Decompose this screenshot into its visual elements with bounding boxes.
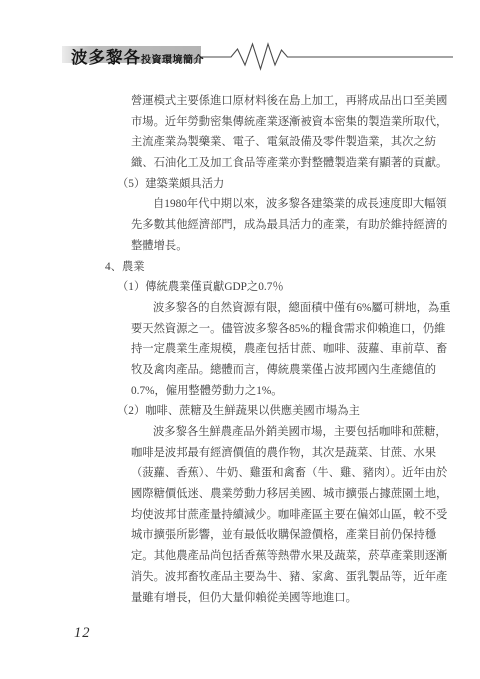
text-line: 市場。近年勞動密集傳統產業逐漸被資本密集的製造業所取代， xyxy=(0,112,480,133)
text-line: 持一定農業生產規模，農產包括甘蔗、咖啡、菠蘿、車前草、畜 xyxy=(0,339,480,360)
booklet-subtitle: 投資環境簡介 xyxy=(141,55,204,66)
text-line: （2）咖啡、蔗糖及生鮮蔬果以供應美國市場為主 xyxy=(0,401,480,422)
text-line: 0.7%，僱用整體勞動力之1%。 xyxy=(0,381,480,402)
text-line: 4、農業 xyxy=(0,257,480,278)
heartbeat-rule-line xyxy=(201,40,453,74)
text-line: 要天然資源之一。儘管波多黎各85%的糧食需求仰賴進口，仍維 xyxy=(0,319,480,340)
text-line: 營運模式主要係進口原材料後在島上加工，再將成品出口至美國 xyxy=(0,91,480,112)
page-number: 12 xyxy=(74,625,91,642)
text-line: 量雖有增長，但仍大量仰賴從美國等地進口。 xyxy=(0,588,480,609)
page-header: 波多黎各投資環境簡介 xyxy=(71,44,204,68)
booklet-title: 波多黎各 xyxy=(71,49,141,67)
text-line: 自1980年代中期以來，波多黎各建築業的成長速度即大幅領 xyxy=(0,194,480,215)
text-line: 波多黎各的自然資源有限，總面積中僅有6%屬可耕地，為重 xyxy=(0,298,480,319)
text-line: 波多黎各生鮮農產品外銷美國市場，主要包括咖啡和蔗糖， xyxy=(0,422,480,443)
text-line: 織、石油化工及加工食品等產業亦對整體製造業有顯著的貢獻。 xyxy=(0,153,480,174)
text-line: 先多數其他經濟部門，成為最具活力的產業，有助於維持經濟的 xyxy=(0,215,480,236)
text-line: 定。其他農產品尚包括香蕉等熱帶水果及蔬菜，菸草產業則逐漸 xyxy=(0,546,480,567)
body-text: 營運模式主要係進口原材料後在島上加工，再將成品出口至美國市場。近年勞動密集傳統產… xyxy=(0,91,480,608)
text-line: 牧及禽肉產品。總體而言，傳統農業僅占波邦國內生產總值的 xyxy=(0,360,480,381)
text-line: 國際糖價低迷、農業勞動力移居美國、城市擴張占據蔗園土地， xyxy=(0,484,480,505)
text-line: 城市擴張所影響，並有最低收購保證價格，產業目前仍保持穩 xyxy=(0,525,480,546)
text-line: （1）傳統農業僅貢獻GDP之0.7％ xyxy=(0,277,480,298)
text-line: （菠蘿、香蕉）、牛奶、雞蛋和禽畜（牛、雞、豬肉）。近年由於 xyxy=(0,463,480,484)
text-line: 主流產業為製藥業、電子、電氣設備及零件製造業，其次之紡 xyxy=(0,132,480,153)
document-page: 波多黎各投資環境簡介 營運模式主要係進口原材料後在島上加工，再將成品出口至美國市… xyxy=(0,0,480,679)
text-line: 消失。波邦畜牧產品主要為牛、豬、家禽、蛋乳製品等，近年產 xyxy=(0,567,480,588)
text-line: （5）建築業頗具活力 xyxy=(0,174,480,195)
text-line: 均使波邦甘蔗產量持續減少。咖啡產區主要在偏郊山區，較不受 xyxy=(0,505,480,526)
text-line: 咖啡是波邦最有經濟價值的農作物，其次是蔬菜、甘蔗、水果 xyxy=(0,443,480,464)
text-line: 整體增長。 xyxy=(0,236,480,257)
